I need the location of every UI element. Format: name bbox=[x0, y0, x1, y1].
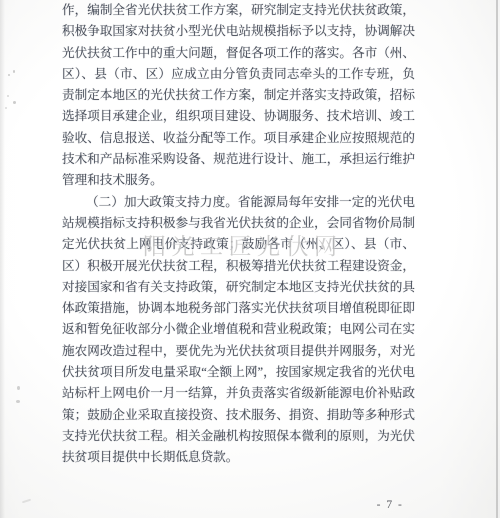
scan-speck bbox=[16, 400, 20, 403]
page-number: - 7 - bbox=[366, 499, 414, 511]
text-line: 选择项目承建企业，组织项目建设、协调服务、技术培训、竣工 bbox=[62, 106, 415, 127]
scan-speck bbox=[17, 386, 20, 390]
scan-speck bbox=[13, 70, 15, 73]
scan-left-shadow bbox=[0, 0, 5, 518]
scan-speck bbox=[8, 74, 10, 76]
scan-speck bbox=[5, 107, 7, 109]
text-line: 支持光伏扶贫工程。相关金融机构按照保本微利的原则，为光伏 bbox=[62, 426, 415, 447]
text-line: 返和暂免征收部分小微企业增值税和营业税政策；电网公司在实 bbox=[62, 319, 415, 340]
text-line: 定光伏扶贫上网电价支持政策；鼓励各市（州、区）、县（市、 bbox=[62, 234, 415, 255]
text-line: 区）积极开展光伏扶贫工程，积极筹措光伏扶贫工程建设资金， bbox=[62, 256, 415, 277]
scan-speck bbox=[7, 95, 9, 97]
scanned-document-page: 作，编制全省光伏扶贫工作方案，研究制定支持光伏扶贫政策，积极争取国家对扶贫小型光… bbox=[0, 0, 500, 518]
scan-speck bbox=[13, 101, 16, 104]
text-line: （二）加大政策支持力度。省能源局每年安排一定的光伏电 bbox=[62, 192, 415, 213]
text-line: 施农网改造过程中，要优先为光伏扶贫项目提供并网服务，对光 bbox=[62, 341, 415, 362]
text-line: 积极争取国家对扶贫小型光伏电站规模指标予以支持，协调解决 bbox=[62, 21, 415, 42]
text-line: 作，编制全省光伏扶贫工作方案，研究制定支持光伏扶贫政策， bbox=[62, 0, 415, 21]
text-line: 对接国家和省有关支持政策，研究制定本地区支持光伏扶贫的具 bbox=[62, 277, 415, 298]
text-line: 光伏扶贫工作中的重大问题，督促各项工作的落实。各市（州、 bbox=[62, 43, 415, 64]
text-block: 作，编制全省光伏扶贫工作方案，研究制定支持光伏扶贫政策，积极争取国家对扶贫小型光… bbox=[62, 0, 415, 469]
text-line: 区）、县（市、区）应成立由分管负责同志牵头的工作专班，负 bbox=[62, 64, 415, 85]
text-line: 验收、信息报送、收益分配等工作。项目承建企业应按照规范的 bbox=[62, 128, 415, 149]
text-line: 责制定本地区的光伏扶贫工作方案，制定并落实支持政策，招标 bbox=[62, 85, 415, 106]
text-line: 站规模指标支持积极参与我省光伏扶贫的企业，会同省物价局制 bbox=[62, 213, 415, 234]
text-line: 管理和技术服务。 bbox=[62, 170, 415, 191]
text-line: 策；鼓励企业采取直接投资、技术服务、捐资、捐助等多种形式 bbox=[62, 405, 415, 426]
text-line: 扶贫项目提供中长期低息贷款。 bbox=[62, 447, 415, 468]
scan-speck bbox=[22, 499, 31, 504]
text-line: 站标杆上网电价一月一结算，并负责落实省级新能源电价补贴政 bbox=[62, 383, 415, 404]
scan-page-edge bbox=[496, 0, 498, 518]
text-line: 伏扶贫项目所发电量采取“全额上网”，按国家规定我省的光伏电 bbox=[62, 362, 415, 383]
text-line: 体政策措施，协调本地税务部门落实光伏扶贫项目增值税即征即 bbox=[62, 298, 415, 319]
text-line: 技术和产品标准采购设备、规范进行设计、施工，承担运行维护 bbox=[62, 149, 415, 170]
